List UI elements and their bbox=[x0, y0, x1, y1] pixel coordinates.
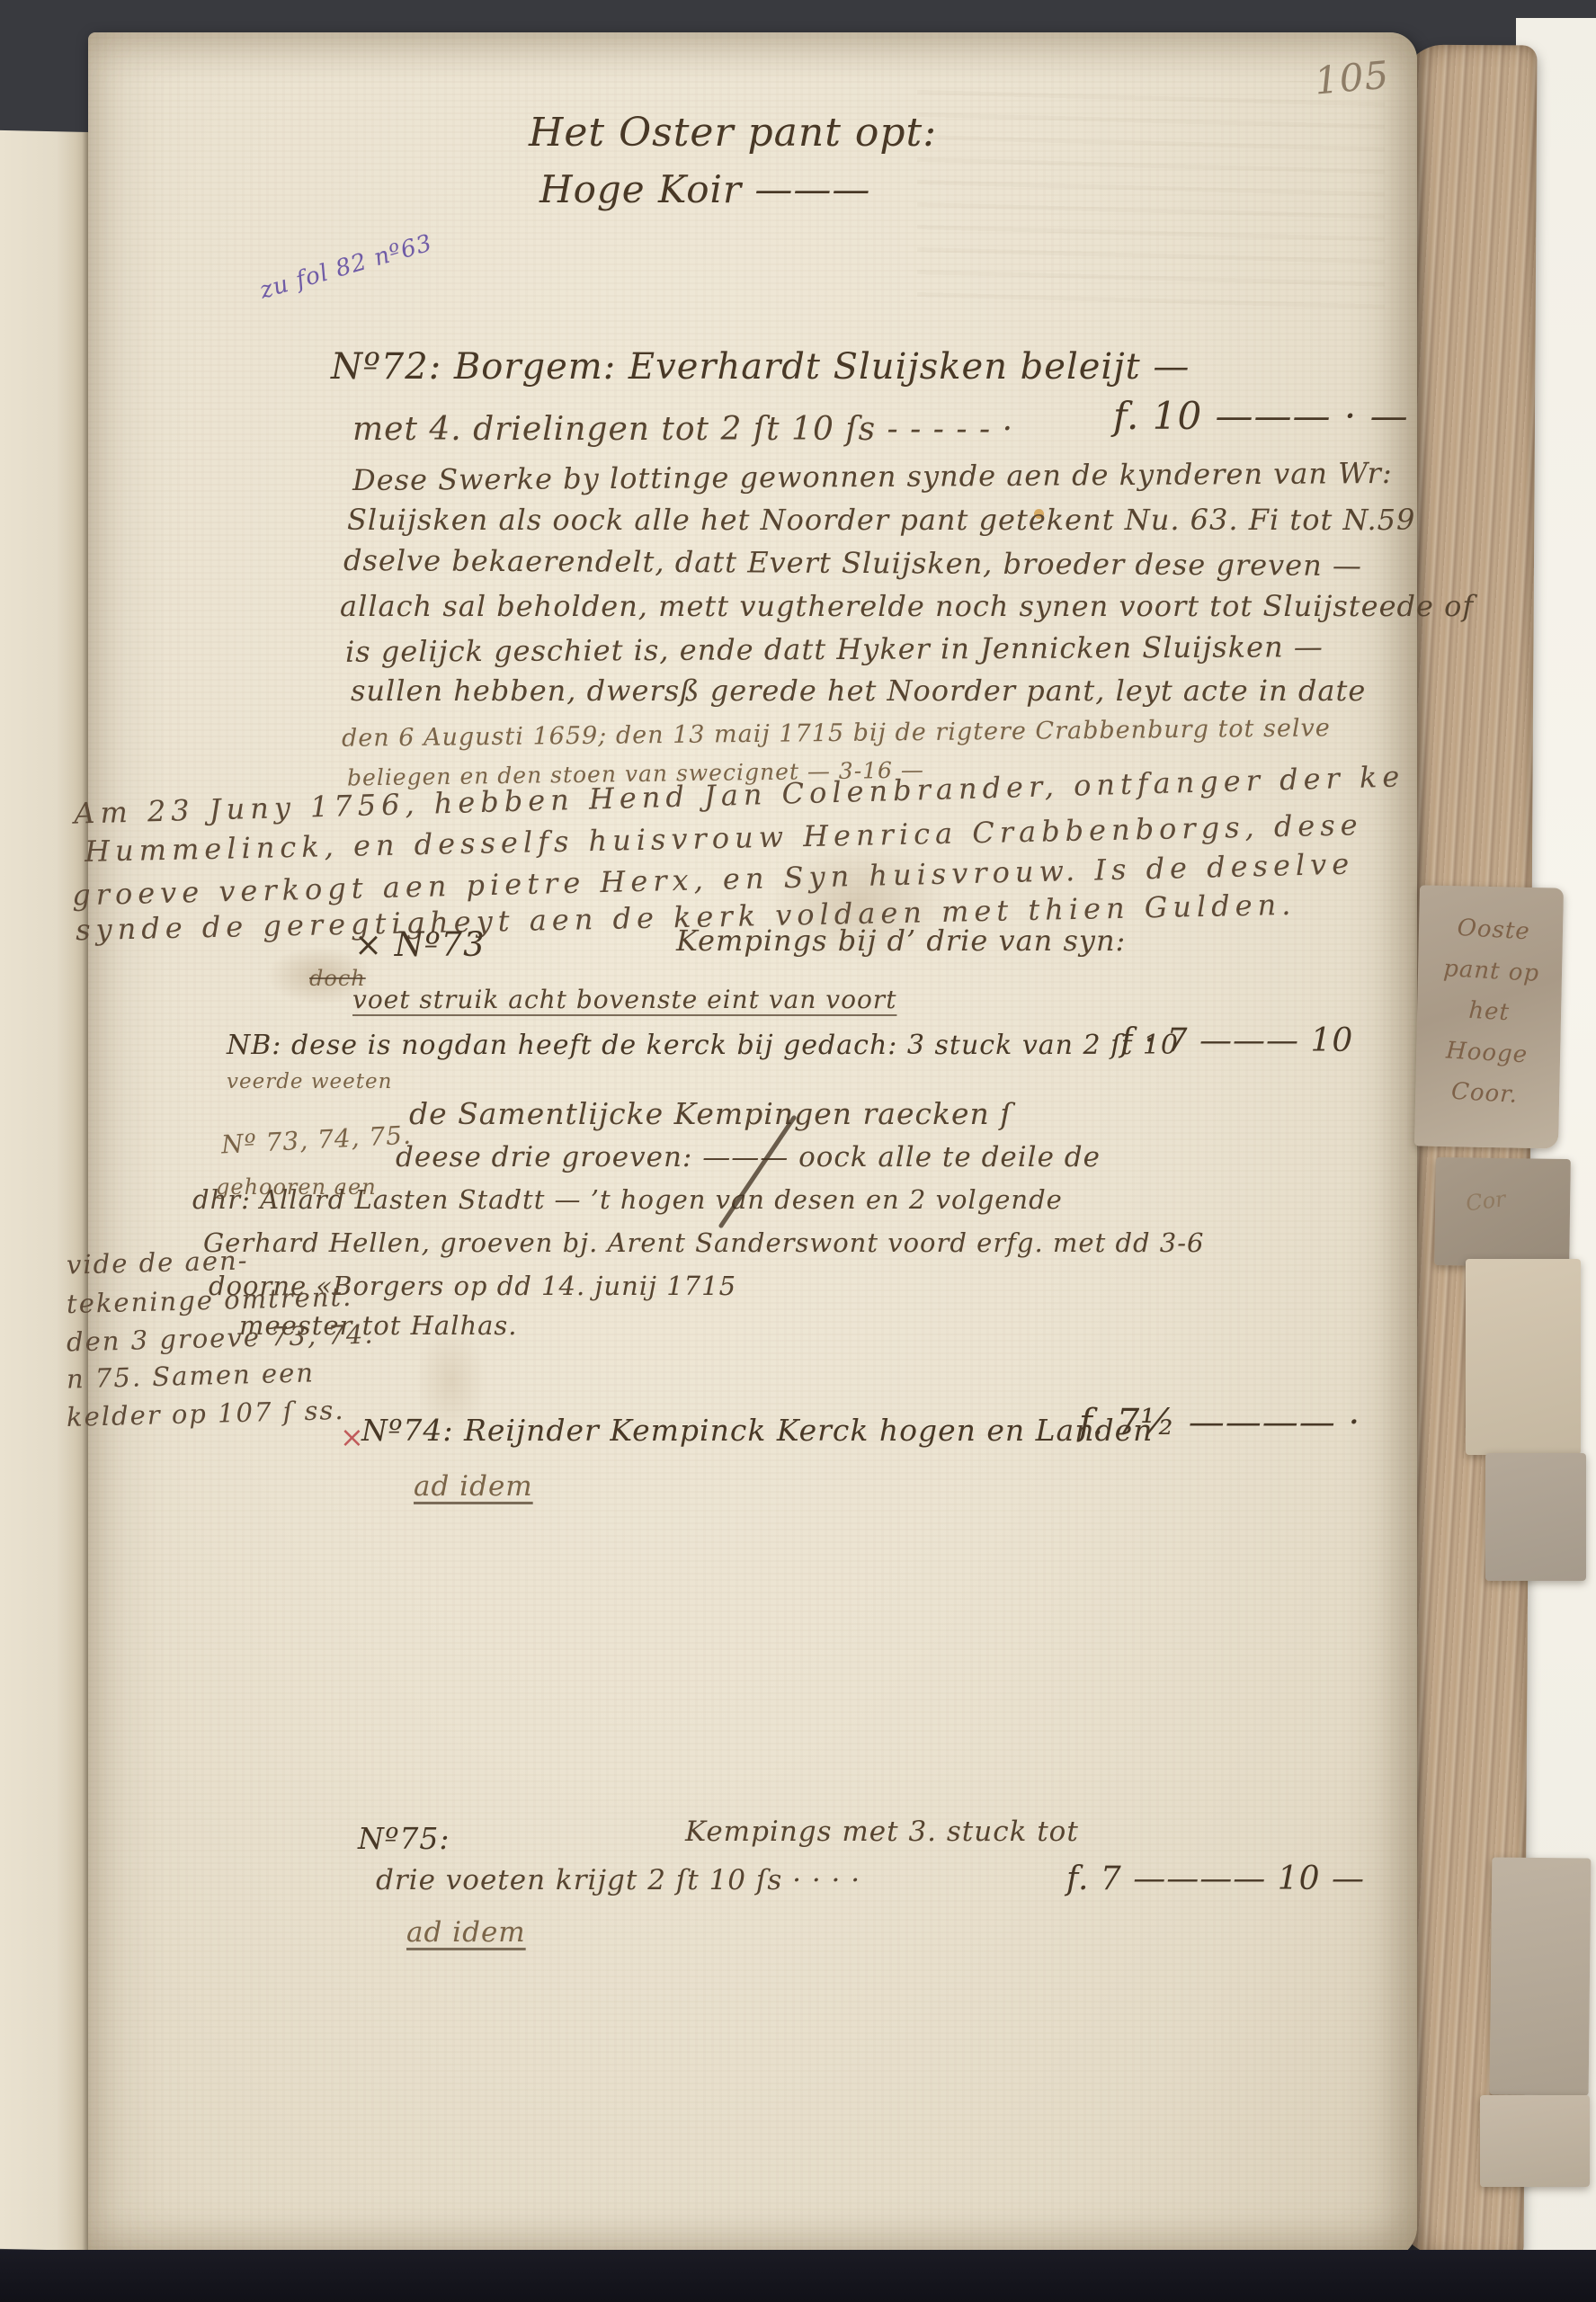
entry-73-nb-amount: f · 7 ——— 10 bbox=[1120, 1025, 1353, 1057]
index-tab-faint-label: Cor bbox=[1465, 1186, 1507, 1216]
facing-page-sliver bbox=[0, 130, 94, 2251]
entry-75-amount: f. 7 ———— 10 — bbox=[1066, 1863, 1365, 1896]
margin-note-line: vide de aen- bbox=[67, 1247, 249, 1278]
entry-73-nb-line: NB: dese is nogdan heeft de kerck bij ge… bbox=[227, 1032, 1179, 1059]
page-heading-line2: Hoge Koir ——— bbox=[539, 171, 870, 209]
entry-72-body-line: dselve bekaerendelt, datt Evert Sluijske… bbox=[343, 546, 1362, 580]
entry-72-body-line: Dese Swerke by lottinge gewonnen synde a… bbox=[352, 459, 1393, 495]
entry-73-margin-note-small: veerde weeten bbox=[227, 1072, 392, 1093]
folio-number: 105 bbox=[1313, 56, 1391, 100]
entry-73-heading: Kempings bij d’ drie van syn: bbox=[676, 926, 1126, 955]
index-tab bbox=[1466, 1259, 1581, 1455]
entry-75-ad-idem-note: ad idem bbox=[406, 1919, 526, 1947]
index-tab bbox=[1490, 1857, 1592, 2095]
entry-75-line1: Kempings met 3. stuck tot bbox=[685, 1818, 1079, 1846]
margin-note-line: n 75. Samen een bbox=[67, 1360, 316, 1392]
index-tab: Cor bbox=[1434, 1157, 1571, 1267]
entry-73-underlined-line: voet struik acht bovenste eint van voort bbox=[352, 987, 896, 1013]
scan-bottom-shadow bbox=[0, 2250, 1596, 2302]
margin-note-line: den 3 groeve 73, 74. bbox=[67, 1322, 375, 1356]
entry-72-amount: f. 10 ——— · — bbox=[1113, 397, 1409, 435]
entry-73-allard-line: dhr: Allard Lasten Stadtt — ’t hogen van… bbox=[192, 1187, 1063, 1213]
entry-72-body-line: Sluijsken als oock alle het Noorder pant… bbox=[347, 505, 1415, 534]
page-heading-line1: Het Oster pant opt: bbox=[529, 113, 937, 153]
entry-72-body-line: sullen hebben, dwersß gerede het Noorder… bbox=[351, 676, 1366, 705]
index-tab bbox=[1480, 2095, 1590, 2187]
manuscript-scan: 105 zu fol 82 nº63 Het Oster pant opt: H… bbox=[0, 0, 1596, 2302]
entry-73-gerhard-line: Gerhard Hellen, groeven bj. Arent Sander… bbox=[203, 1230, 1205, 1256]
entry-72-title: Nº72: Borgem: Everhardt Sluijsken beleij… bbox=[331, 349, 1190, 385]
entry-72-body-line: allach sal beholden, mett vugtherelde no… bbox=[340, 592, 1474, 620]
entry-74-ad-idem-note: ad idem bbox=[414, 1473, 533, 1501]
margin-note-line: kelder op 107 ſ ss. bbox=[67, 1397, 345, 1431]
index-tab-ooste-pant: Ooste pant op het Hooge Coor. bbox=[1414, 885, 1564, 1148]
entry-74-line: Nº74: Reijnder Kempinck Kerck hogen en L… bbox=[361, 1415, 1153, 1445]
entry-73-samentlijcke-line: de Samentlijcke Kempingen raecken ſ bbox=[409, 1099, 1012, 1129]
entry-72-body-line: is gelijck geschiet is, ende datt Hyker … bbox=[345, 632, 1324, 666]
index-tab-label: Ooste pant op het Hooge Coor. bbox=[1412, 906, 1566, 1119]
index-tab bbox=[1485, 1453, 1586, 1581]
entry-75-number: Nº75: bbox=[358, 1824, 450, 1853]
entry-73-groeven-line: deese drie groeven: ——— oock alle te dei… bbox=[396, 1144, 1101, 1172]
margin-note-line: tekeninge omtrent. bbox=[67, 1284, 353, 1317]
entry-74-amount: f. 7½ ———— · bbox=[1079, 1405, 1360, 1441]
entry-73-number: × Nº73 bbox=[354, 928, 486, 961]
entry-72-subline: met 4. drielingen tot 2 ſt 10 ſs - - - -… bbox=[352, 414, 1013, 446]
entry-75-line2: drie voeten krijgt 2 ſt 10 ſs · · · · bbox=[376, 1867, 860, 1895]
index-tab-line: Coor. bbox=[1412, 1069, 1557, 1118]
